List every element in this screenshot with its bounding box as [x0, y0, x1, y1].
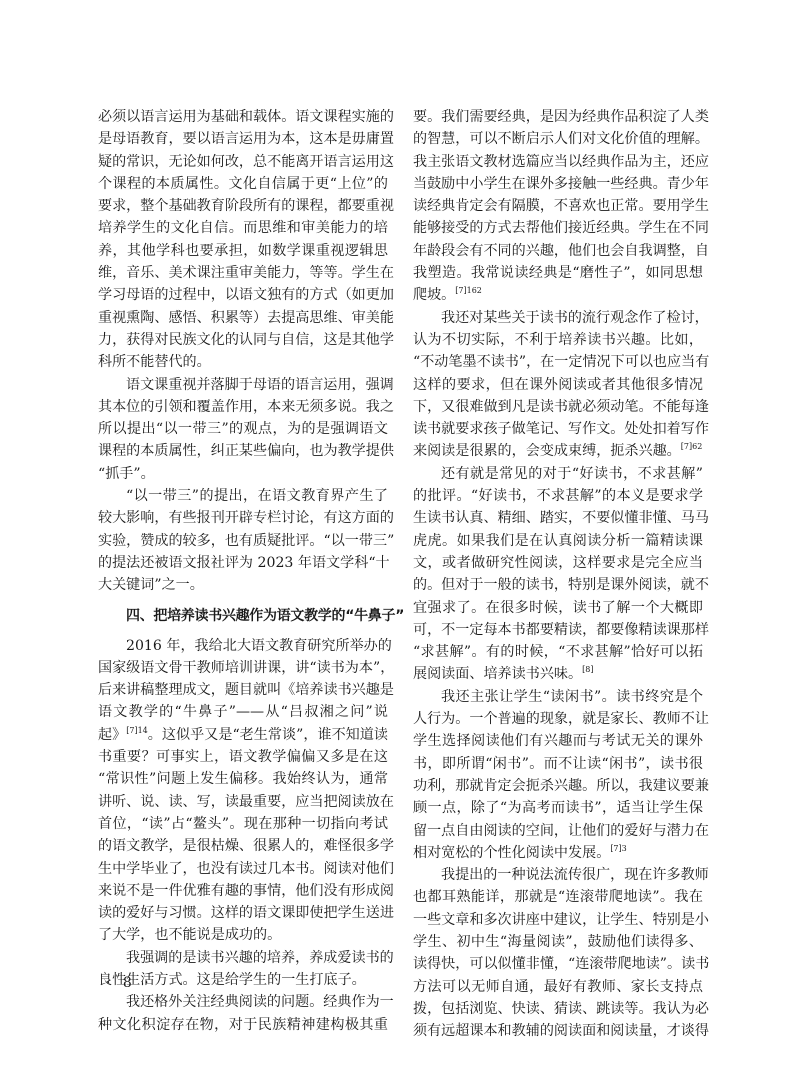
text-line: 来说不是一件优雅有趣的事情，他们没有形成阅: [98, 880, 388, 902]
citation-superscript: [7]162: [455, 286, 482, 295]
text-fragment: 相对宽松的个性化阅读中发展。: [413, 845, 610, 861]
paragraph-reading-notions: 我还对某些关于读书的流行观念作了检讨，认为不切实际，不利于培养读书兴趣。比如，“…: [413, 307, 703, 463]
text-line: 也都耳熟能详，那就是“连滚带爬地读”。我在: [413, 886, 703, 908]
text-line: 留一点自由阅读的空间，让他们的爱好与潜力在: [413, 820, 703, 842]
text-line: 方法可以无师自通，最好有教师、家长支持点: [413, 976, 703, 998]
citation-superscript: [7]3: [610, 844, 626, 853]
text-fragment: 展阅读面、培养读书兴味。: [413, 666, 582, 682]
text-line: 大关键词”之一。: [98, 574, 388, 596]
citation-line: 展阅读面、培养读书兴味。[8]: [413, 663, 703, 685]
section-heading: 四、把培养读书兴趣作为语文教学的“牛鼻子”: [98, 597, 388, 635]
text-line: 学生选择阅读他们有兴趣而与考试无关的课外: [413, 730, 703, 752]
text-line: 国家级语文骨干教师培训讲课，讲“读书为本”，: [98, 657, 388, 679]
text-line: 可，不一定每本书都要精读，都要像精读课那样: [413, 619, 703, 641]
text-line: 疑的常识，无论如何改，总不能离开语言运用这: [98, 151, 388, 173]
text-line: 我还对某些关于读书的流行观念作了检讨，: [413, 307, 703, 329]
text-line: 学生、初中生“海量阅读”，鼓励他们读得多、: [413, 931, 703, 953]
left-column: 必须以语言运用为基础和载体。语文课程实施的是母语教育，要以语言运用为本，这本是毋…: [98, 106, 388, 1036]
citation-line: 来阅读是很累的，会变成束缚，扼杀兴趣。[7]62: [413, 440, 703, 462]
text-line: 我提出的一种说法流传很广，现在许多教师: [413, 864, 703, 886]
citation-superscript: [8]: [582, 665, 593, 674]
paragraph-yi-dai-san: “以一带三”的提出，在语文教育界产生了较大影响，有些报刊开辟专栏讨论，有这方面的…: [98, 485, 388, 596]
text-line: 的智慧，可以不断启示人们对文化价值的理解。: [413, 128, 703, 150]
text-line: 能够接受的方式去帮他们接近经典。学生在不同: [413, 217, 703, 239]
text-line: “常识性”问题上发生偏移。我始终认为，通常: [98, 768, 388, 790]
text-line: “抓手”。: [98, 463, 388, 485]
text-line: 宜强求了。在很多时候，读书了解一个大概即: [413, 597, 703, 619]
text-line: 学习母语的过程中，以语文独有的方式（如更加: [98, 284, 388, 306]
text-line: 2016 年，我给北大语文教育研究所举办的: [98, 635, 388, 657]
text-line: 这样的要求，但在课外阅读或者其他很多情况: [413, 374, 703, 396]
text-line: 的提法还被语文报社评为 2023 年语文学科“十: [98, 552, 388, 574]
text-line: 读书就要求孩子做笔记、写作文。处处扣着写作: [413, 418, 703, 440]
paragraph-2016-lecture: 2016 年，我给北大语文教育研究所举办的国家级语文骨干教师培训讲课，讲“读书为…: [98, 635, 388, 947]
paragraph-leisure-books: 我还主张让学生“读闲书”。读书终究是个人行为。一个普遍的现象，就是家长、教师不让…: [413, 686, 703, 864]
text-line: 重视熏陶、感悟、积累等）去提高思维、审美能: [98, 307, 388, 329]
text-fragment: 爬坡。: [413, 287, 455, 303]
text-line: 语文课重视并落脚于母语的语言运用，强调: [98, 374, 388, 396]
paragraph-classics: 我还格外关注经典阅读的问题。经典作为一种文化积淀存在物，对于民族精神建构极其重: [98, 991, 388, 1036]
text-line: 了大学，也不能说是成功的。: [98, 924, 388, 946]
text-line: 种文化积淀存在物，对于民族精神建构极其重: [98, 1014, 388, 1036]
text-line: 功利，那就肯定会扼杀兴趣。所以，我建议要兼: [413, 775, 703, 797]
text-line: 必须以语言运用为基础和载体。语文课程实施的: [98, 106, 388, 128]
text-line: 生中学毕业了，也没有读过几本书。阅读对他们: [98, 858, 388, 880]
text-line: 维，音乐、美术课注重审美能力，等等。学生在: [98, 262, 388, 284]
text-line: 个课程的本质属性。文化自信属于更“上位”的: [98, 173, 388, 195]
text-line: “以一带三”的提出，在语文教育界产生了: [98, 485, 388, 507]
text-fragment: 来阅读是很累的，会变成束缚，扼杀兴趣。: [413, 443, 681, 459]
text-line: 所以提出“以一带三”的观点，为的是强调语文: [98, 418, 388, 440]
text-line: 的语文教学，是很枯燥、很累人的，难怪很多学: [98, 835, 388, 857]
text-line: 文，或者做研究性阅读，这样要求是完全应当: [413, 552, 703, 574]
paragraph-classics-cont: 要。我们需要经典，是因为经典作品积淀了人类的智慧，可以不断启示人们对文化价值的理…: [413, 106, 703, 307]
text-line: 要求，整个基础教育阶段所有的课程，都要重视: [98, 195, 388, 217]
paragraph-native-language: 语文课重视并落脚于母语的语言运用，强调其本位的引领和覆盖作用，本来无须多说。我之…: [98, 374, 388, 485]
text-line: 要。我们需要经典，是因为经典作品积淀了人类: [413, 106, 703, 128]
citation-superscript: [7]14: [126, 726, 148, 735]
citation-superscript: [7]62: [681, 442, 703, 451]
text-line: 我还格外关注经典阅读的问题。经典作为一: [98, 991, 388, 1013]
text-line: 养，其他学科也要承担，如数学课重视逻辑思: [98, 240, 388, 262]
text-line: 读得快，可以似懂非懂，“连滚带爬地读”。读书: [413, 953, 703, 975]
text-line: 我强调的是读书兴趣的培养，养成爱读书的: [98, 947, 388, 969]
text-line: 首位，“读”占“鳌头”。现在那种一切指向考试: [98, 813, 388, 835]
text-line: 读经典肯定会有隔膜，不喜欢也正常。要用学生: [413, 195, 703, 217]
text-line: 下，又很难做到凡是读书就必须动笔。不能每逢: [413, 396, 703, 418]
text-line: 还有就是常见的对于“好读书，不求甚解”: [413, 463, 703, 485]
text-line: “求甚解”。有的时候，“不求甚解”恰好可以拓: [413, 641, 703, 663]
citation-line: 相对宽松的个性化阅读中发展。[7]3: [413, 842, 703, 864]
text-line: 当鼓励中小学生在课外多接触一些经典。青少年: [413, 173, 703, 195]
text-line: 读的爱好与习惯。这样的语文课即使把学生送进: [98, 902, 388, 924]
text-line: 实验，赞成的较多，也有质疑批评。“以一带三”: [98, 530, 388, 552]
text-line: 我还主张让学生“读闲书”。读书终究是个: [413, 686, 703, 708]
text-line: 顾一点，除了“为高考而读书”，适当让学生保: [413, 797, 703, 819]
text-line: 后来讲稿整理成文，题目就叫《培养读书兴趣是: [98, 679, 388, 701]
text-line: “不动笔墨不读书”，在一定情况下可以也应当有: [413, 351, 703, 373]
text-line: 的。但对于一般的读书，特别是课外阅读，就不: [413, 574, 703, 596]
text-line: 其本位的引领和覆盖作用，本来无须多说。我之: [98, 396, 388, 418]
text-line: 认为不切实际，不利于培养读书兴趣。比如，: [413, 329, 703, 351]
text-fragment: 。这似乎又是“老生常谈”，谁不知道读: [148, 727, 388, 743]
paragraph-rolling-reading: 我提出的一种说法流传很广，现在许多教师也都耳熟能详，那就是“连滚带爬地读”。我在…: [413, 864, 703, 1042]
text-line: 语文教学的“牛鼻子”——从“吕叔湘之问”说: [98, 701, 388, 723]
text-line: 是母语教育，要以语言运用为本，这本是毋庸置: [98, 128, 388, 150]
paragraph-bu-qiu-shen-jie: 还有就是常见的对于“好读书，不求甚解”的批评。“好读书，不求甚解”的本义是要求学…: [413, 463, 703, 686]
text-line: 讲听、说、读、写，读最重要，应当把阅读放在: [98, 791, 388, 813]
text-line: 的批评。“好读书，不求甚解”的本义是要求学: [413, 485, 703, 507]
text-line: 我主张语文教材选篇应当以经典作品为主，还应: [413, 151, 703, 173]
right-column: 要。我们需要经典，是因为经典作品积淀了人类的智慧，可以不断启示人们对文化价值的理…: [413, 106, 703, 1042]
text-line: 生读书认真、精细、踏实，不要似懂非懂、马马: [413, 507, 703, 529]
paragraph-language-use: 必须以语言运用为基础和载体。语文课程实施的是母语教育，要以语言运用为本，这本是毋…: [98, 106, 388, 374]
text-line: 年龄段会有不同的兴趣，他们也会自我调整，自: [413, 240, 703, 262]
text-line: 较大影响，有些报刊开辟专栏讨论，有这方面的: [98, 507, 388, 529]
text-line: 书重要？可事实上，语文教学偏偏又多是在这: [98, 746, 388, 768]
page-number: · 8 ·: [106, 975, 153, 991]
text-line: 课程的本质属性，纠正某些偏向，也为教学提供: [98, 440, 388, 462]
text-line: 我塑造。我常说读经典是“磨性子”，如同思想: [413, 262, 703, 284]
text-line: 培养学生的文化自信。而思维和审美能力的培: [98, 217, 388, 239]
citation-line: 爬坡。[7]162: [413, 284, 703, 306]
text-line: 虎虎。如果我们是在认真阅读分析一篇精读课: [413, 530, 703, 552]
citation-line: 起》[7]14。这似乎又是“老生常谈”，谁不知道读: [98, 724, 388, 746]
text-line: 一些文章和多次讲座中建议，让学生、特别是小: [413, 909, 703, 931]
text-line: 力，获得对民族文化的认同与自信，这是其他学: [98, 329, 388, 351]
text-line: 科所不能替代的。: [98, 351, 388, 373]
text-line: 拨，包括浏览、快读、猜读、跳读等。我认为必: [413, 998, 703, 1020]
text-line: 书，即所谓“闲书”。而不让读“闲书”，读书很: [413, 753, 703, 775]
text-line: 人行为。一个普遍的现象，就是家长、教师不让: [413, 708, 703, 730]
text-fragment: 起》: [98, 727, 126, 743]
text-line: 须有远超课本和教辅的阅读面和阅读量，才谈得: [413, 1020, 703, 1042]
